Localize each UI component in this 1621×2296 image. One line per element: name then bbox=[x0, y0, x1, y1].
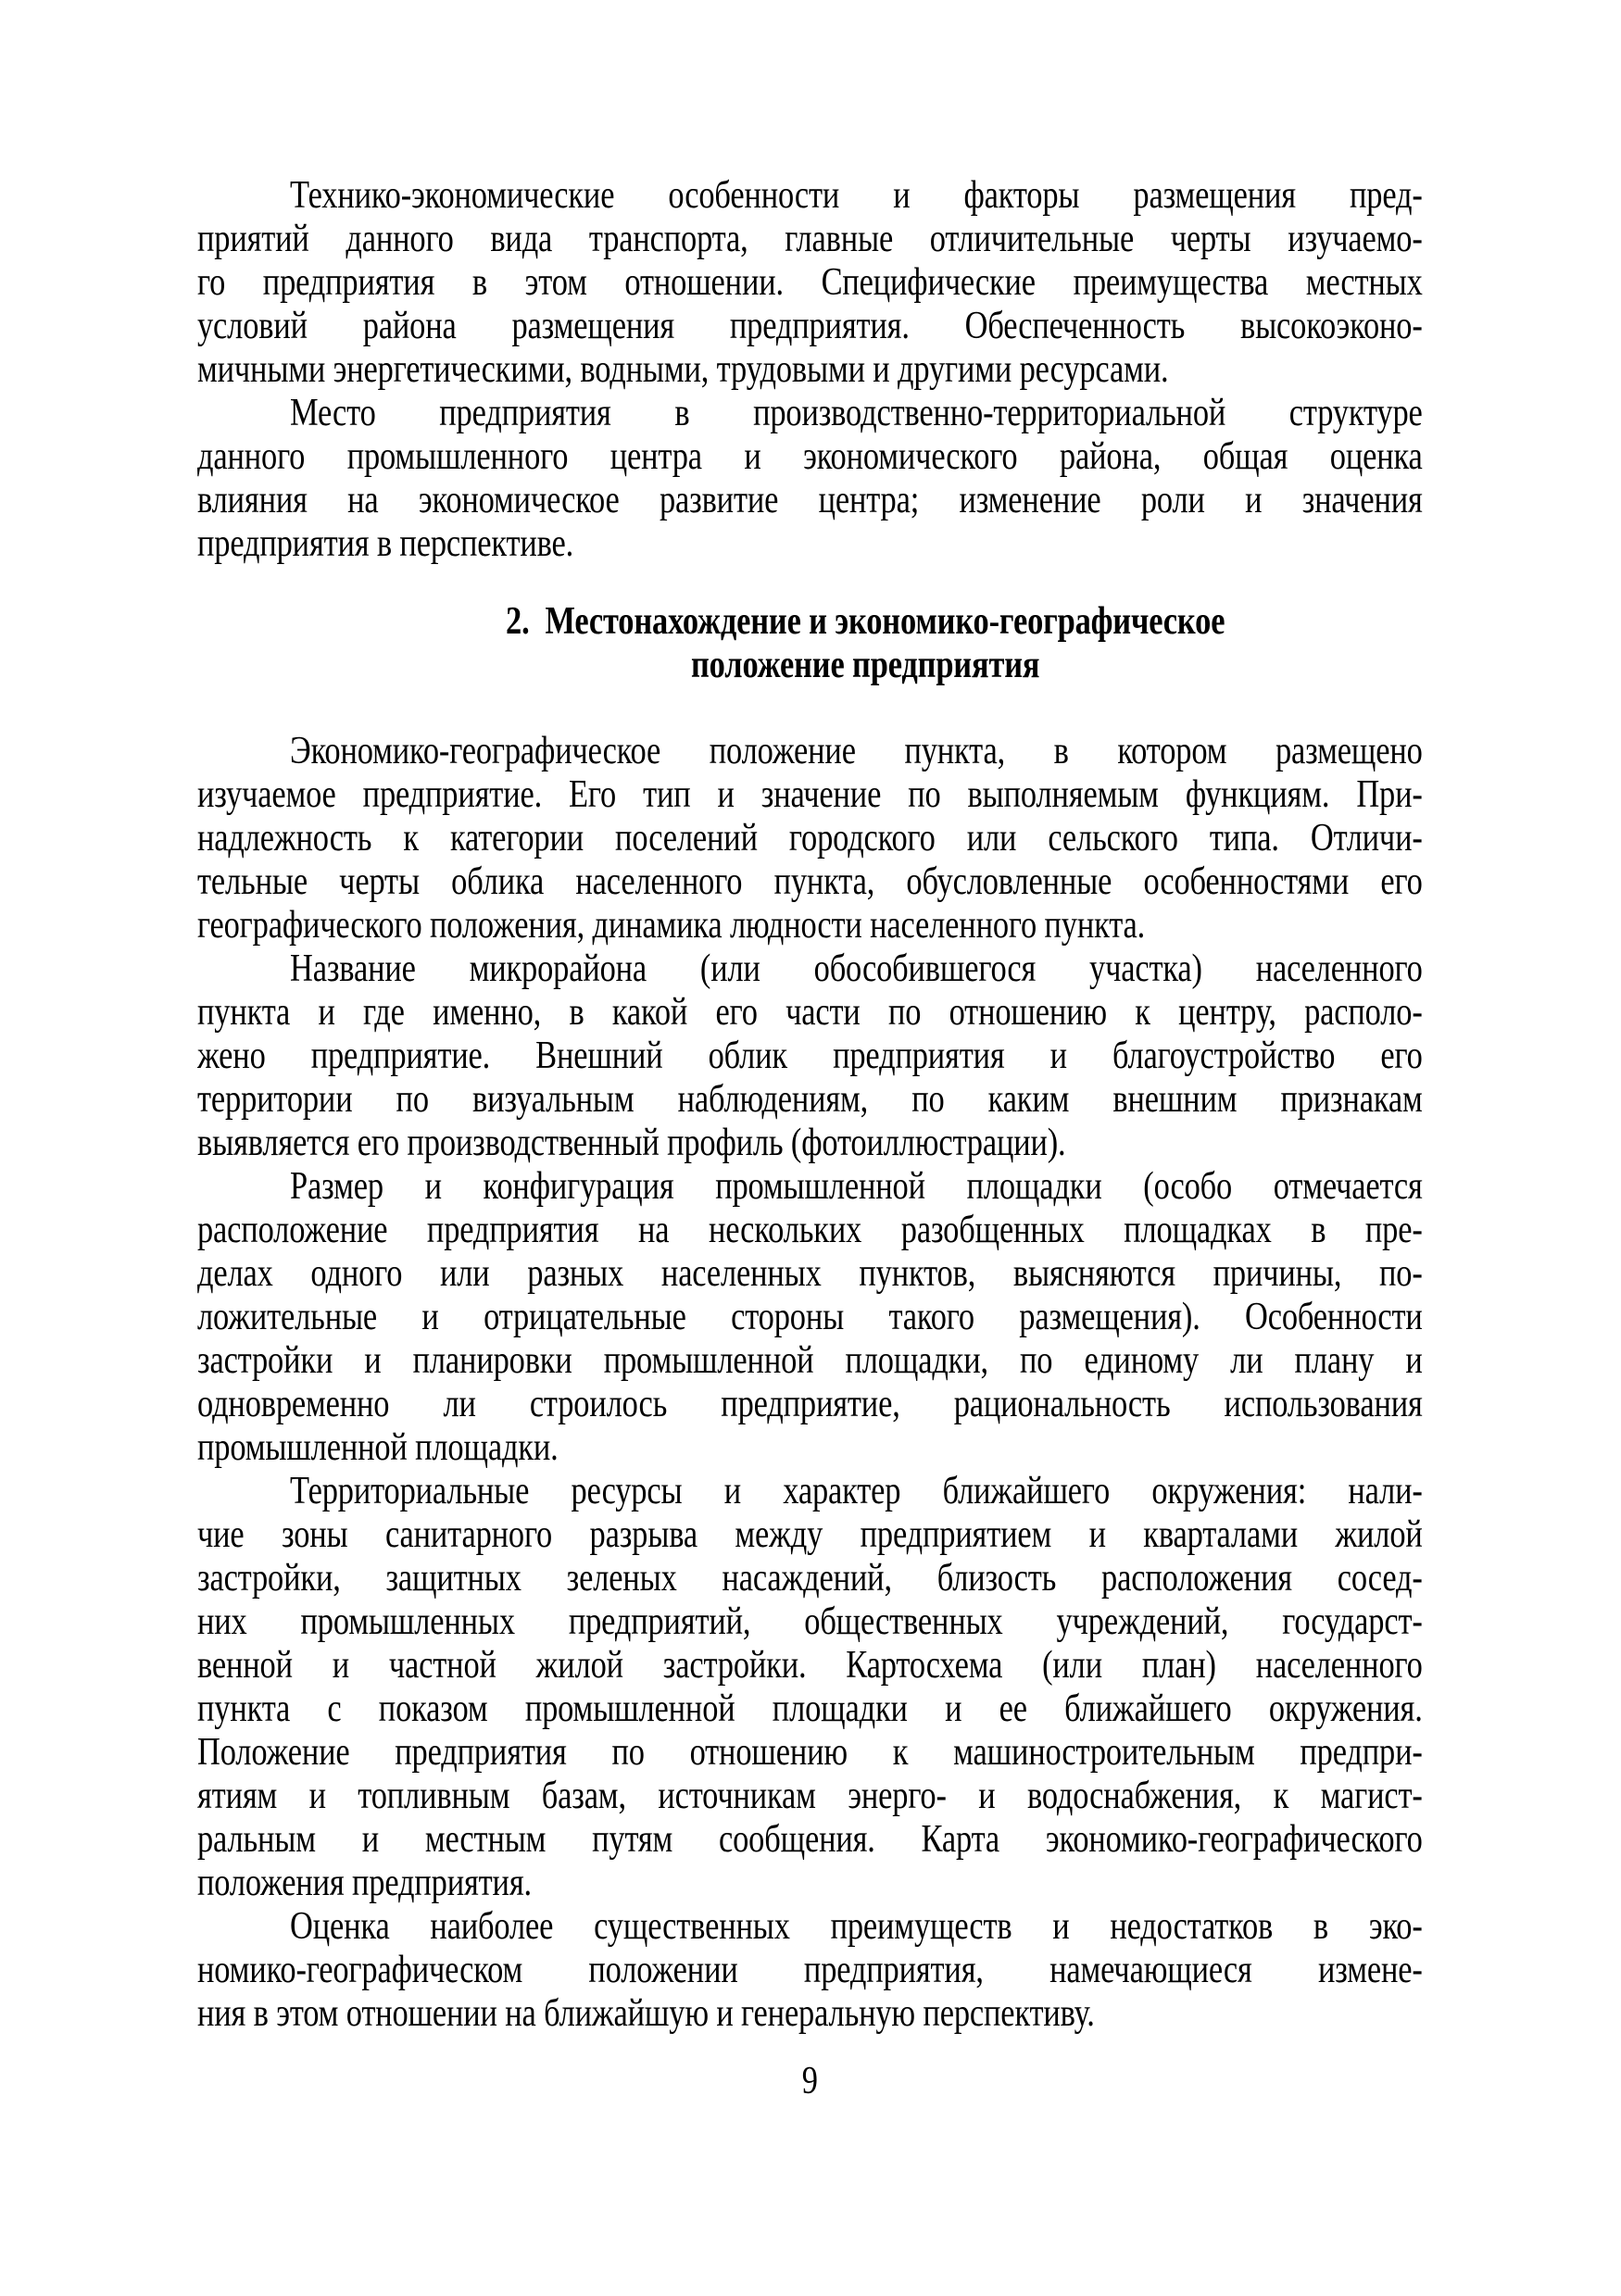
text-line: жено предприятие. Внешний облик предприя… bbox=[197, 1035, 1423, 1078]
body-paragraph: Оценка наиболее существенных преимуществ… bbox=[197, 1905, 1423, 2036]
text-line: Место предприятия в производственно-терр… bbox=[197, 392, 1423, 435]
text-line: ния в этом отношении на ближайшую и гене… bbox=[197, 1992, 1423, 2036]
body-paragraph: Название микрорайона (или обособившегося… bbox=[197, 947, 1423, 1165]
text-line: тельные черты облика населенного пункта,… bbox=[197, 860, 1423, 904]
text-line: изучаемое предприятие. Его тип и значени… bbox=[197, 773, 1423, 817]
text-line: территории по визуальным наблюдениям, по… bbox=[197, 1078, 1423, 1122]
text-line: выявляется его производственный профиль … bbox=[197, 1122, 1423, 1165]
body-paragraph: Экономико-географическое положение пункт… bbox=[197, 730, 1423, 947]
text-block: Технико-экономические особенности и факт… bbox=[197, 0, 1423, 2103]
text-line: данного промышленного центра и экономиче… bbox=[197, 435, 1423, 479]
body-paragraph: Территориальные ресурсы и характер ближа… bbox=[197, 1470, 1423, 1905]
text-line: Оценка наиболее существенных преимуществ… bbox=[197, 1905, 1423, 1949]
text-line: номико-географическом положении предприя… bbox=[197, 1949, 1423, 1992]
text-line: застройки, защитных зеленых насаждений, … bbox=[197, 1557, 1423, 1600]
text-line: ложительные и отрицательные стороны тако… bbox=[197, 1296, 1423, 1339]
text-line: приятий данного вида транспорта, главные… bbox=[197, 218, 1423, 261]
section-heading: 2. Местонахождение и экономико-географич… bbox=[197, 600, 1423, 687]
text-line: надлежность к категории поселений городс… bbox=[197, 817, 1423, 860]
text-line: венной и частной жилой застройки. Картос… bbox=[197, 1644, 1423, 1687]
page-number: 9 bbox=[197, 2060, 1423, 2103]
scanned-document-page: Технико-экономические особенности и факт… bbox=[0, 0, 1621, 2296]
text-line: го предприятия в этом отношении. Специфи… bbox=[197, 261, 1423, 305]
text-line: условий района размещения предприятия. О… bbox=[197, 305, 1423, 348]
text-line: Территориальные ресурсы и характер ближа… bbox=[197, 1470, 1423, 1513]
body-paragraph: Технико-экономические особенности и факт… bbox=[197, 174, 1423, 392]
text-line: предприятия в перспективе. bbox=[197, 522, 1423, 566]
text-line: положения предприятия. bbox=[197, 1862, 1423, 1905]
text-line: ральным и местным путям сообщения. Карта… bbox=[197, 1818, 1423, 1862]
paragraphs-container: Технико-экономические особенности и факт… bbox=[197, 174, 1423, 2036]
body-paragraph: Место предприятия в производственно-терр… bbox=[197, 392, 1423, 566]
text-line: мичными энергетическими, водными, трудов… bbox=[197, 348, 1423, 392]
text-line: пункта с показом промышленной площадки и… bbox=[197, 1687, 1423, 1731]
body-paragraph: Размер и конфигурация промышленной площа… bbox=[197, 1165, 1423, 1470]
text-line: ятиям и топливным базам, источникам энер… bbox=[197, 1775, 1423, 1818]
text-line: пункта и где именно, в какой его части п… bbox=[197, 991, 1423, 1035]
text-line: географического положения, динамика людн… bbox=[197, 904, 1423, 947]
text-line: промышленной площадки. bbox=[197, 1426, 1423, 1470]
text-line: Положение предприятия по отношению к маш… bbox=[197, 1731, 1423, 1775]
heading-line: 2. Местонахождение и экономико-географич… bbox=[308, 600, 1423, 644]
text-line: Размер и конфигурация промышленной площа… bbox=[197, 1165, 1423, 1209]
text-line: чие зоны санитарного разрыва между предп… bbox=[197, 1513, 1423, 1557]
text-line: Название микрорайона (или обособившегося… bbox=[197, 947, 1423, 991]
text-line: расположение предприятия на нескольких р… bbox=[197, 1209, 1423, 1252]
text-line: одновременно ли строилось предприятие, р… bbox=[197, 1383, 1423, 1426]
text-line: делах одного или разных населенных пункт… bbox=[197, 1252, 1423, 1296]
text-line: влияния на экономическое развитие центра… bbox=[197, 479, 1423, 522]
heading-line: положение предприятия bbox=[308, 644, 1423, 687]
text-line: Технико-экономические особенности и факт… bbox=[197, 174, 1423, 218]
text-line: Экономико-географическое положение пункт… bbox=[197, 730, 1423, 773]
text-line: них промышленных предприятий, общественн… bbox=[197, 1600, 1423, 1644]
text-line: застройки и планировки промышленной площ… bbox=[197, 1339, 1423, 1383]
